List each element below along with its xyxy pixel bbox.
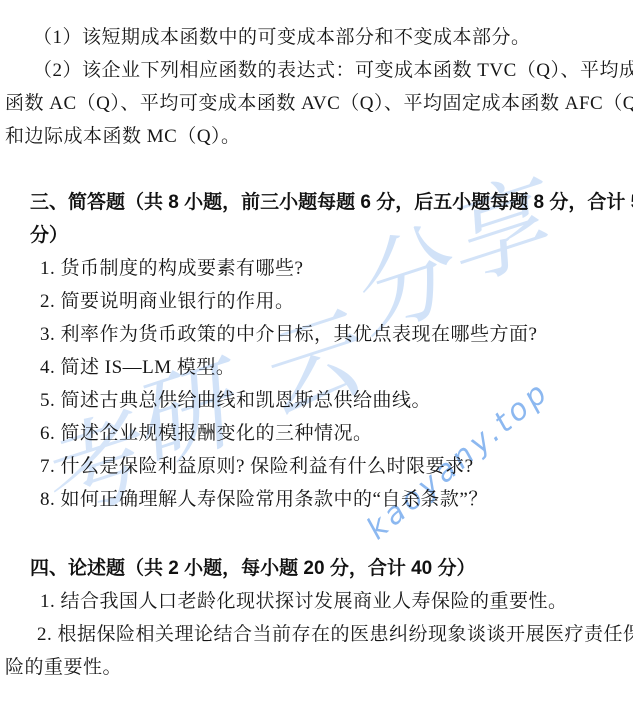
subquestion-line: （1）该短期成本函数中的可变成本部分和不变成本部分。 — [33, 27, 531, 49]
section-heading: 三、简答题（共 8 小题，前三小题每题 6 分，后五小题每题 8 分，合计 58 — [30, 192, 633, 214]
subquestion-line: （2）该企业下列相应函数的表达式：可变成本函数 TVC（Q）、平均成本 — [33, 60, 633, 82]
question-line: 2. 根据保险相关理论结合当前存在的医患纠纷现象谈谈开展医疗责任保 — [37, 624, 633, 646]
watermark-char: 享 — [432, 172, 558, 298]
exam-paper-page: 考 研 云 分 享 kaoyany.top （1）该短期成本函数中的可变成本部分… — [0, 0, 633, 727]
question-line: 险的重要性。 — [5, 657, 122, 679]
question-line: 1. 货币制度的构成要素有哪些? — [40, 258, 303, 280]
question-line: 7. 什么是保险利益原则? 保险利益有什么时限要求? — [40, 456, 474, 478]
question-line: 1. 结合我国人口老龄化现状探讨发展商业人寿保险的重要性。 — [40, 591, 568, 613]
subquestion-line: 函数 AC（Q）、平均可变成本函数 AVC（Q）、平均固定成本函数 AFC（Q） — [5, 93, 633, 115]
subquestion-line: 和边际成本函数 MC（Q）。 — [5, 126, 241, 148]
question-line: 4. 简述 IS—LM 模型。 — [40, 357, 235, 379]
question-line: 5. 简述古典总供给曲线和凯恩斯总供给曲线。 — [40, 390, 431, 412]
question-line: 3. 利率作为货币政策的中介目标，其优点表现在哪些方面? — [40, 324, 537, 346]
section-heading: 四、论述题（共 2 小题，每小题 20 分，合计 40 分） — [30, 558, 476, 580]
section-heading: 分） — [30, 225, 68, 247]
question-line: 8. 如何正确理解人寿保险常用条款中的“自杀条款”？ — [40, 489, 488, 511]
question-line: 6. 简述企业规模报酬变化的三种情况。 — [40, 423, 373, 445]
question-line: 2. 简要说明商业银行的作用。 — [40, 291, 295, 313]
